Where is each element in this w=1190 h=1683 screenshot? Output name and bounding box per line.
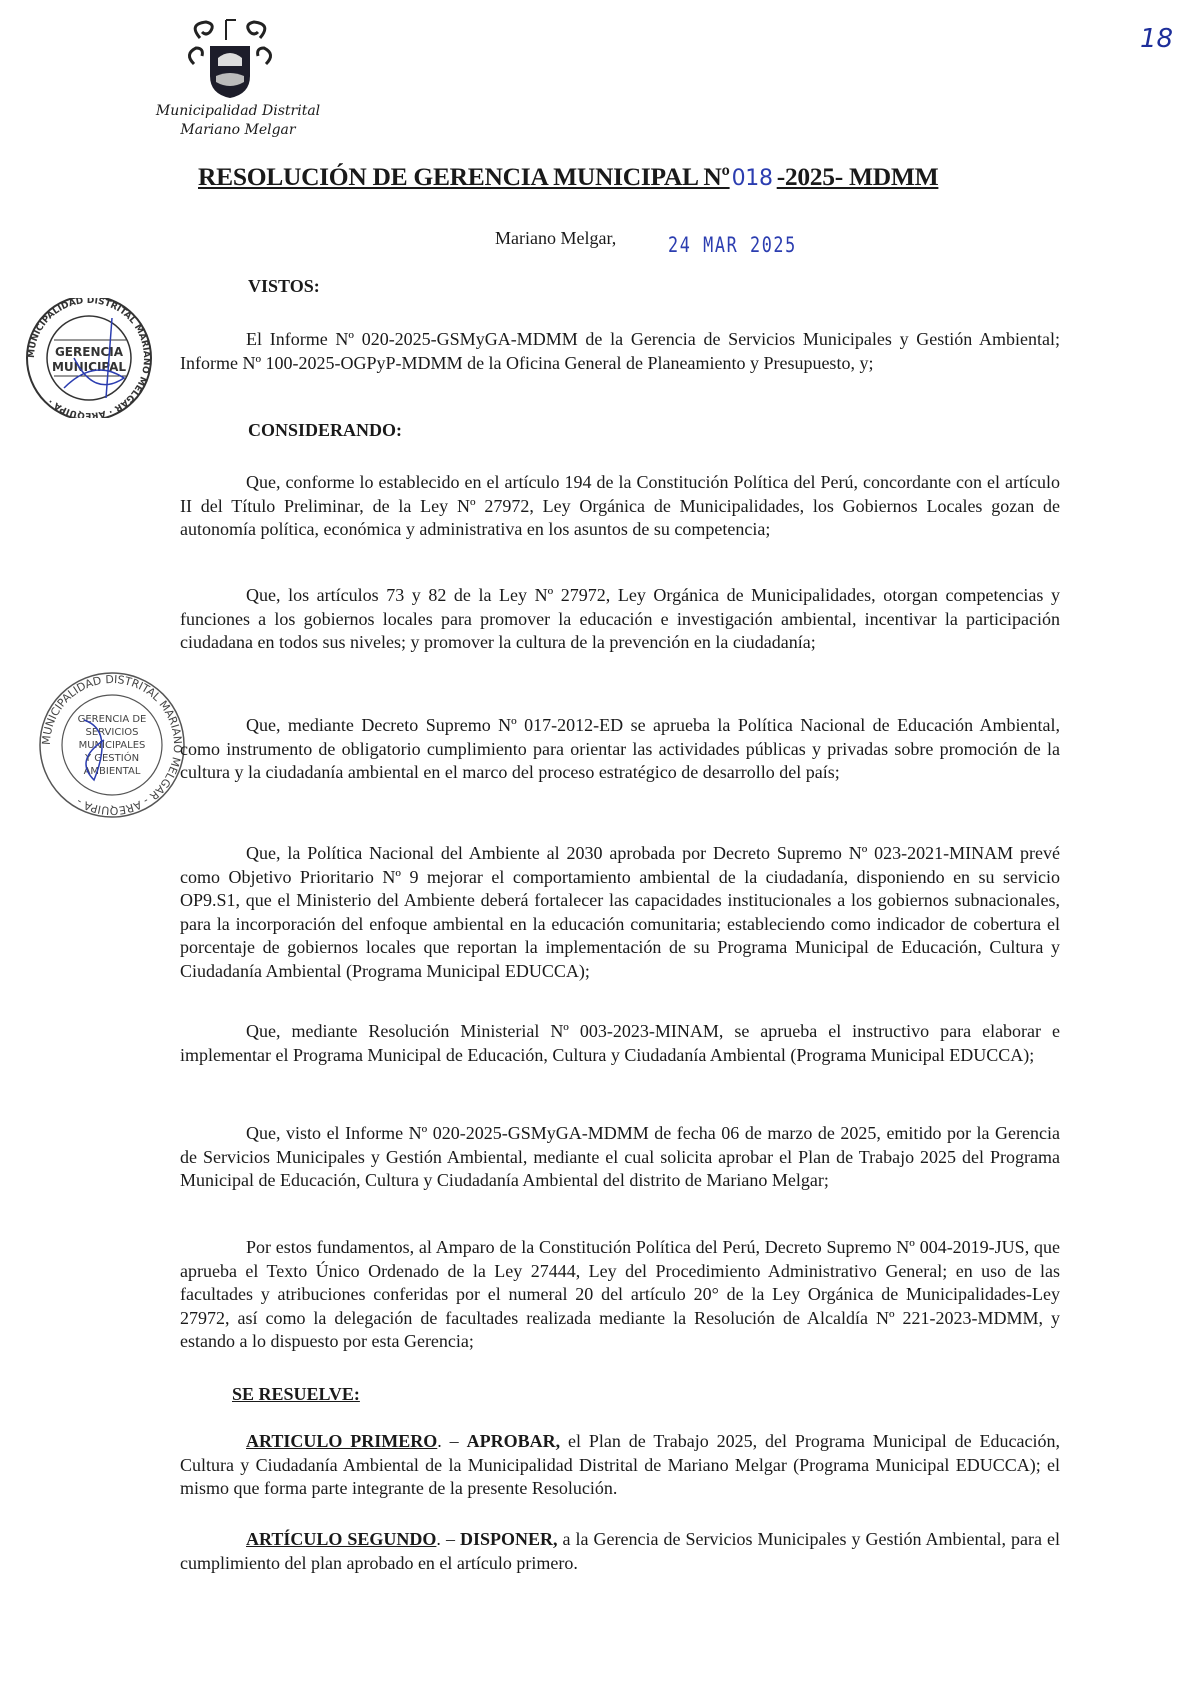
considerando-paragraph: Que, conforme lo establecido en el artíc… [180,471,1060,542]
vistos-heading: VISTOS: [248,276,320,297]
institution-line-2: Mariano Melgar [148,121,328,140]
place-label: Mariano Melgar, [495,228,616,249]
title-suffix: -2025- MDMM [777,162,939,191]
handwritten-page-number: 18 [1140,24,1173,54]
article-label: ARTICULO PRIMERO [246,1431,437,1451]
institution-name: Municipalidad Distrital Mariano Melgar [148,102,328,140]
article-segundo: ARTÍCULO SEGUNDO. – DISPONER, a la Geren… [180,1528,1060,1575]
official-seal-icon: GERENCIA MUNICIPAL MUNICIPALIDAD DISTRIT… [14,298,164,418]
se-resuelve-heading: SE RESUELVE: [232,1384,360,1405]
article-primero: ARTICULO PRIMERO. – APROBAR, el Plan de … [180,1430,1060,1501]
svg-text:GERENCIA DE: GERENCIA DE [78,714,147,725]
considerando-paragraph: Que, mediante Resolución Ministerial Nº … [180,1020,1060,1067]
considerando-paragraph: Que, visto el Informe Nº 020-2025-GSMyGA… [180,1122,1060,1193]
gerencia-servicios-stamp: MUNICIPALIDAD DISTRITAL MARIANO MELGAR -… [32,670,192,820]
institution-line-1: Municipalidad Distrital [148,102,328,121]
coat-of-arms-icon [180,18,280,103]
paragraph-text: Que, los artículos 73 y 82 de la Ley Nº … [180,585,1060,652]
vistos-text: El Informe Nº 020-2025-GSMyGA-MDMM de la… [180,329,1060,373]
paragraph-text: Que, conforme lo establecido en el artíc… [180,472,1060,539]
considerando-heading: CONSIDERANDO: [248,420,402,441]
paragraph-text: Que, visto el Informe Nº 020-2025-GSMyGA… [180,1123,1060,1190]
svg-text:Y GESTIÓN: Y GESTIÓN [84,751,139,764]
svg-text:SERVICIOS: SERVICIOS [85,727,138,738]
gerencia-municipal-stamp: GERENCIA MUNICIPAL MUNICIPALIDAD DISTRIT… [14,298,164,418]
paragraph-text: Que, mediante Resolución Ministerial Nº … [180,1021,1060,1065]
svg-text:GERENCIA: GERENCIA [55,345,124,359]
considerando-paragraph: Que, la Política Nacional del Ambiente a… [180,842,1060,983]
svg-text:AMBIENTAL: AMBIENTAL [84,766,141,777]
article-verb: APROBAR, [467,1431,561,1451]
article-verb: DISPONER, [460,1529,558,1549]
paragraph-text: Que, la Política Nacional del Ambiente a… [180,843,1060,981]
article-separator: . – [437,1431,466,1451]
vistos-paragraph: El Informe Nº 020-2025-GSMyGA-MDMM de la… [180,328,1060,375]
paragraph-text: Que, mediante Decreto Supremo Nº 017-201… [180,715,1060,782]
considerando-paragraph: Que, mediante Decreto Supremo Nº 017-201… [180,714,1060,785]
considerando-paragraph: Que, los artículos 73 y 82 de la Ley Nº … [180,584,1060,655]
svg-text:MUNICIPALES: MUNICIPALES [79,740,146,751]
article-label: ARTÍCULO SEGUNDO [246,1529,436,1549]
article-separator: . – [436,1529,460,1549]
title-prefix: RESOLUCIÓN DE GERENCIA MUNICIPAL Nº [198,162,730,191]
document-title: RESOLUCIÓN DE GERENCIA MUNICIPAL Nº018-2… [198,162,1048,192]
municipal-coat-of-arms [180,18,280,108]
official-seal-icon: MUNICIPALIDAD DISTRITAL MARIANO MELGAR -… [32,670,192,820]
date-stamp: 24 MAR 2025 [668,233,797,257]
paragraph-text: Por estos fundamentos, al Amparo de la C… [180,1237,1060,1351]
considerando-paragraph: Por estos fundamentos, al Amparo de la C… [180,1236,1060,1354]
handwritten-resolution-number: 018 [732,166,773,191]
